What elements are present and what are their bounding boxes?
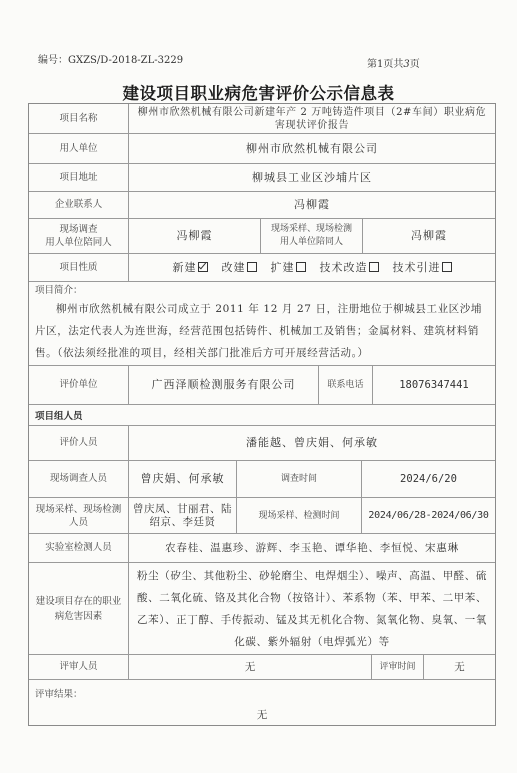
- team-header: 项目组人员: [29, 405, 89, 425]
- value-lab: 农春桂、温惠珍、游辉、李玉艳、谭华艳、李恒悦、宋惠琳: [128, 534, 495, 562]
- label-intro: 项目简介：: [35, 284, 489, 298]
- value-result: 无: [29, 707, 495, 722]
- row-lab: 实验室检测人员 农春桂、温惠珍、游辉、李玉艳、谭华艳、李恒悦、宋惠琳: [29, 533, 495, 562]
- row-hazards: 建设项目存在的职业病危害因素 粉尘（矽尘、其他粉尘、砂轮磨尘、电焊烟尘）、噪声、…: [29, 562, 495, 654]
- row-evaluators: 评价人员 潘能越、曾庆娟、何承敏: [29, 425, 495, 460]
- value-evaluators: 潘能越、曾庆娟、何承敏: [128, 426, 495, 460]
- label-contact: 企业联系人: [29, 192, 128, 218]
- row-eval-unit: 评价单位 广西泽顺检测服务有限公司 联系电话 18076347441: [29, 365, 495, 404]
- value-phone: 18076347441: [372, 366, 495, 404]
- checkbox-icon[interactable]: [296, 262, 306, 272]
- checkbox-icon[interactable]: [247, 262, 257, 272]
- option-tech-import[interactable]: 技术引进: [393, 261, 452, 275]
- option-rebuild[interactable]: 改建: [222, 261, 257, 275]
- value-address: 柳城县工业区沙埔片区: [128, 164, 495, 191]
- row-result: 评审结果： 无: [29, 679, 495, 725]
- value-sampling: 曾庆凤、甘丽君、陆绍京、李廷贤: [128, 498, 236, 533]
- page-mid: 页共: [383, 59, 403, 70]
- checkbox-icon[interactable]: [369, 262, 379, 272]
- option-expand[interactable]: 扩建: [271, 261, 306, 275]
- checkbox-icon[interactable]: [442, 262, 452, 272]
- row-review: 评审人员 无 评审时间 无: [29, 654, 495, 679]
- value-contact: 冯柳霞: [128, 192, 495, 218]
- result-block: 评审结果： 无: [29, 680, 495, 725]
- value-sampling-time: 2024/06/28-2024/06/30: [361, 498, 495, 533]
- label-survey-time: 调查时间: [236, 461, 361, 497]
- label-address: 项目地址: [29, 164, 128, 191]
- value-survey: 曾庆娟、何承敏: [128, 461, 236, 497]
- intro-block: 项目简介： 柳州市欣然机械有限公司成立于 2011 年 12 月 27 日，注册…: [29, 282, 495, 365]
- value-employer: 柳州市欣然机械有限公司: [128, 134, 495, 163]
- page-prefix: 第: [367, 59, 377, 70]
- value-sampling-accompany: 冯柳霞: [362, 219, 495, 253]
- label-lab: 实验室检测人员: [29, 534, 128, 562]
- value-survey-time: 2024/6/20: [361, 461, 495, 497]
- value-survey-accompany: 冯柳霞: [128, 219, 260, 253]
- checkbox-checked-icon[interactable]: [198, 262, 208, 272]
- label-sampling: 现场采样、现场检测人员: [29, 498, 128, 533]
- label-survey-accompany: 现场调查 用人单位陪同人: [29, 219, 128, 253]
- document-code: 编号：GXZS/D-2018-ZL-3229: [38, 51, 183, 66]
- row-survey: 现场调查人员 曾庆娟、何承敏 调查时间 2024/6/20: [29, 460, 495, 497]
- page-indicator: 第1页共3页: [367, 55, 420, 70]
- row-accompany: 现场调查 用人单位陪同人 冯柳霞 现场采样、现场检测 用人单位陪同人 冯柳霞: [29, 218, 495, 253]
- option-tech-renovation[interactable]: 技术改造: [320, 261, 379, 275]
- option-new[interactable]: 新建: [173, 261, 208, 275]
- label-employer: 用人单位: [29, 134, 128, 163]
- row-address: 项目地址 柳城县工业区沙埔片区: [29, 163, 495, 191]
- value-review-time: 无: [423, 655, 495, 679]
- label-eval-unit: 评价单位: [29, 366, 128, 404]
- label-sampling-accompany: 现场采样、现场检测 用人单位陪同人: [260, 219, 362, 253]
- label-hazards: 建设项目存在的职业病危害因素: [29, 563, 128, 654]
- page-title: 建设项目职业病危害评价公示信息表: [0, 80, 517, 104]
- value-project-name: 柳州市欣然机械有限公司新建年产 2 万吨铸造件项目（2#车间）职业病危害现状评价…: [128, 104, 495, 133]
- row-team-header: 项目组人员: [29, 404, 495, 425]
- label-sampling-time: 现场采样、检测时间: [236, 498, 361, 533]
- label-review-time: 评审时间: [371, 655, 423, 679]
- info-table: 项目名称 柳州市欣然机械有限公司新建年产 2 万吨铸造件项目（2#车间）职业病危…: [28, 103, 496, 726]
- label-project-name: 项目名称: [29, 104, 128, 133]
- row-project-name: 项目名称 柳州市欣然机械有限公司新建年产 2 万吨铸造件项目（2#车间）职业病危…: [29, 104, 495, 133]
- label-survey: 现场调查人员: [29, 461, 128, 497]
- label-nature: 项目性质: [29, 254, 128, 281]
- label-review: 评审人员: [29, 655, 128, 679]
- row-sampling: 现场采样、现场检测人员 曾庆凤、甘丽君、陆绍京、李廷贤 现场采样、检测时间 20…: [29, 497, 495, 533]
- nature-options: 新建 改建 扩建 技术改造 技术引进: [128, 254, 495, 281]
- page-suffix: 页: [410, 59, 420, 70]
- value-review: 无: [128, 655, 371, 679]
- value-intro: 柳州市欣然机械有限公司成立于 2011 年 12 月 27 日，注册地位于柳城县…: [35, 298, 489, 364]
- label-phone: 联系电话: [318, 366, 372, 404]
- row-employer: 用人单位 柳州市欣然机械有限公司: [29, 133, 495, 163]
- row-nature: 项目性质 新建 改建 扩建 技术改造 技术引进: [29, 253, 495, 281]
- row-intro: 项目简介： 柳州市欣然机械有限公司成立于 2011 年 12 月 27 日，注册…: [29, 281, 495, 365]
- label-evaluators: 评价人员: [29, 426, 128, 460]
- value-eval-unit: 广西泽顺检测服务有限公司: [128, 366, 318, 404]
- label-result: 评审结果：: [35, 686, 83, 700]
- row-contact: 企业联系人 冯柳霞: [29, 191, 495, 218]
- value-hazards: 粉尘（矽尘、其他粉尘、砂轮磨尘、电焊烟尘）、噪声、高温、甲醛、硫酸、二氧化硫、铬…: [128, 563, 495, 654]
